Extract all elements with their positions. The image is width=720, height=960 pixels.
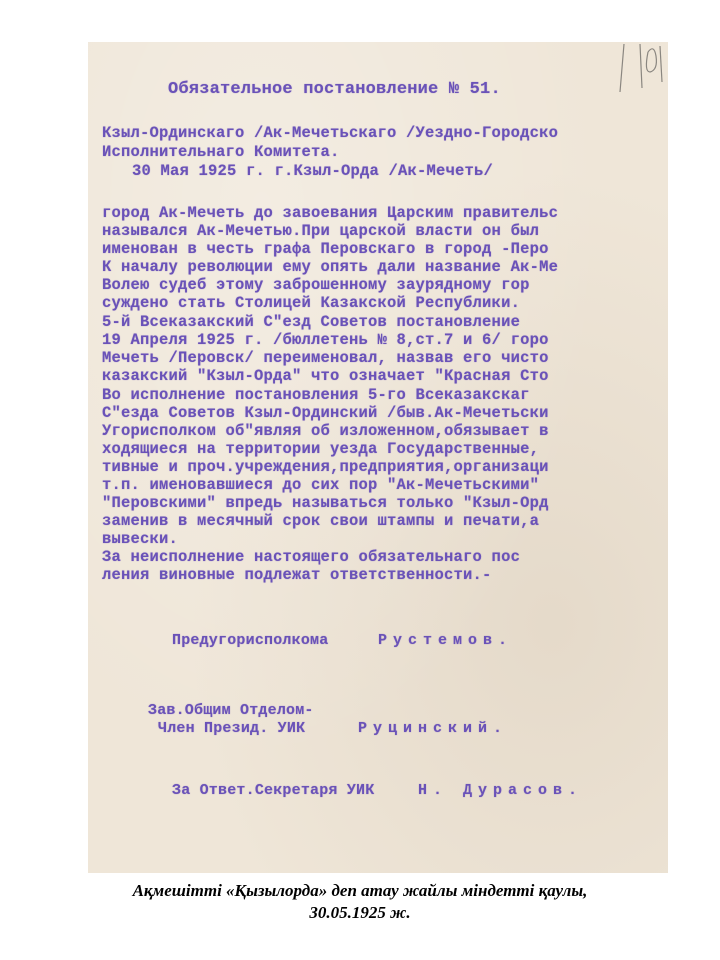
- document-title: Обязательное постановление № 51.: [168, 80, 501, 99]
- body-line: вывески.: [102, 530, 178, 548]
- body-line: назывался Ак-Мечетью.При царской власти …: [102, 222, 539, 240]
- body-line: тивные и проч.учреждения,предприятия,орг…: [102, 458, 549, 476]
- signature-dept-name: Руцинский.: [358, 720, 508, 737]
- body-line: т.п. именовавшиеся до сих пор "Ак-Мечеть…: [102, 476, 539, 494]
- body-line: Угорисполком об"являя об изложенном,обяз…: [102, 422, 549, 440]
- body-line: "Перовскими" впредь называться только "К…: [102, 494, 549, 512]
- body-line: ходящиеся на территории уезда Государств…: [102, 440, 539, 458]
- image-caption: Ақмешітті «Қызылорда» деп атау жайлы мін…: [0, 880, 720, 924]
- header-line: Исполнительнаго Комитета.: [102, 143, 340, 161]
- body-line: заменив в месячный срок свои штампы и пе…: [102, 512, 539, 530]
- header-line: Кзыл-Ординскаго /Ак-Мечетьскаго /Уездно-…: [102, 124, 558, 142]
- body-line: именован в честь графа Перовскаго в горо…: [102, 240, 549, 258]
- caption-line-2: 30.05.1925 ж.: [0, 902, 720, 924]
- body-line: казакский "Кзыл-Орда" что означает "Крас…: [102, 367, 549, 385]
- date-place-line: 30 Мая 1925 г. г.Кзыл-Орда /Ак-Мечеть/: [132, 162, 493, 180]
- body-line: суждено стать Столицей Казакской Республ…: [102, 294, 520, 312]
- body-line: город Ак-Мечеть до завоевания Царским пр…: [102, 204, 558, 222]
- body-line: Волею судеб этому заброшенному заурядном…: [102, 276, 530, 294]
- signature-chairman-name: Рустемов.: [378, 632, 513, 649]
- signature-chairman-role: Предугорисполкома: [172, 632, 328, 649]
- body-line: Во исполнение постановления 5-го Всеказа…: [102, 386, 530, 404]
- archival-document-scan: Обязательное постановление № 51. Кзыл-Ор…: [88, 42, 668, 873]
- pencil-archive-mark-icon: [618, 42, 664, 102]
- body-line: К началу революции ему опять дали назван…: [102, 258, 558, 276]
- signature-secretary-name: Н. Дурасов.: [418, 782, 583, 799]
- body-line: 19 Апреля 1925 г. /бюллетень № 8,ст.7 и …: [102, 331, 549, 349]
- caption-line-1: Ақмешітті «Қызылорда» деп атау жайлы мін…: [0, 880, 720, 902]
- signature-dept-role: Зав.Общим Отделом-: [148, 702, 314, 719]
- signature-secretary-role: За Ответ.Секретаря УИК: [172, 782, 374, 799]
- body-line: 5-й Всеказакский С"езд Советов постановл…: [102, 313, 520, 331]
- body-line: Мечеть /Перовск/ переименовал, назвав ег…: [102, 349, 549, 367]
- body-line: ления виновные подлежат ответственности.…: [102, 566, 492, 584]
- body-line: За неисполнение настоящего обязательнаго…: [102, 548, 520, 566]
- signature-dept-role-2: Член Презид. УИК: [158, 720, 305, 737]
- body-line: С"езда Советов Кзыл-Ординский /быв.Ак-Ме…: [102, 404, 549, 422]
